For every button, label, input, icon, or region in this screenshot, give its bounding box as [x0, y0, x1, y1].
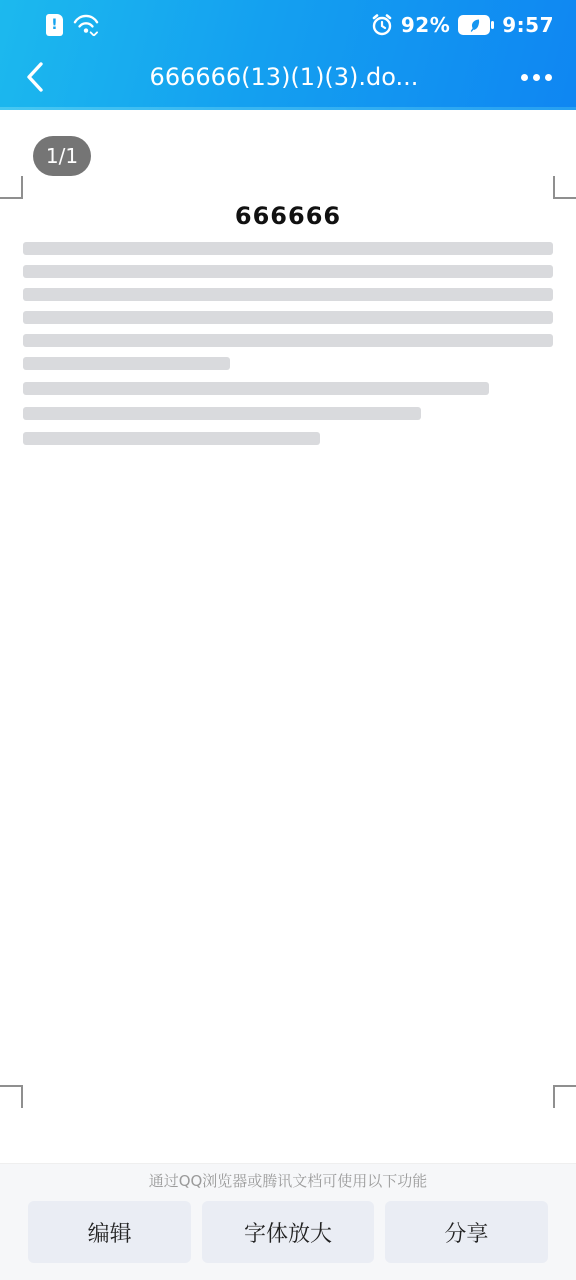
redacted-text-line [23, 357, 230, 370]
alarm-clock-icon [370, 13, 394, 37]
more-options-icon [521, 74, 528, 81]
back-button[interactable] [24, 59, 60, 95]
redacted-text-line [23, 242, 553, 255]
nav-bar: 666666(13)(1)(3).do... [0, 46, 576, 108]
page-corner-mark-top-right [553, 176, 576, 199]
sim-card-alert-icon: ! [46, 14, 63, 36]
page-corner-mark-bottom-left [0, 1085, 23, 1108]
battery-saver-leaf-icon [457, 14, 495, 36]
more-options-button[interactable] [508, 59, 552, 95]
document-content: 666666 [23, 202, 553, 457]
redacted-text-line [23, 265, 553, 278]
document-title: 666666 [23, 202, 553, 230]
footer-hint-text: 通过QQ浏览器或腾讯文档可使用以下功能 [0, 1164, 576, 1191]
document-viewer[interactable]: 1/1 666666 [0, 110, 576, 1163]
redacted-paragraph [23, 407, 553, 420]
redacted-paragraph [23, 382, 553, 395]
edit-button[interactable]: 编辑 [28, 1201, 191, 1263]
page-indicator-badge: 1/1 [33, 136, 91, 176]
redacted-text-line [23, 382, 489, 395]
wifi-signal-icon [71, 13, 101, 37]
battery-percent: 92% [401, 13, 450, 37]
share-button[interactable]: 分享 [385, 1201, 548, 1263]
redacted-paragraph [23, 432, 553, 445]
document-body [23, 242, 553, 445]
status-bar: ! 92% 9:57 [0, 0, 576, 46]
redacted-text-line [23, 288, 553, 301]
redacted-text-line [23, 334, 553, 347]
enlarge-font-button[interactable]: 字体放大 [202, 1201, 373, 1263]
top-chrome: ! 92% 9:57 [0, 0, 576, 110]
redacted-text-line [23, 311, 553, 324]
page-corner-mark-bottom-right [553, 1085, 576, 1108]
redacted-paragraph [23, 242, 553, 370]
page-corner-mark-top-left [0, 176, 23, 199]
document-filename-title: 666666(13)(1)(3).do... [60, 63, 508, 91]
back-chevron-icon [24, 60, 46, 94]
redacted-text-line [23, 432, 320, 445]
clock-time: 9:57 [502, 13, 554, 37]
redacted-text-line [23, 407, 421, 420]
footer-action-panel: 通过QQ浏览器或腾讯文档可使用以下功能 编辑 字体放大 分享 [0, 1163, 576, 1280]
